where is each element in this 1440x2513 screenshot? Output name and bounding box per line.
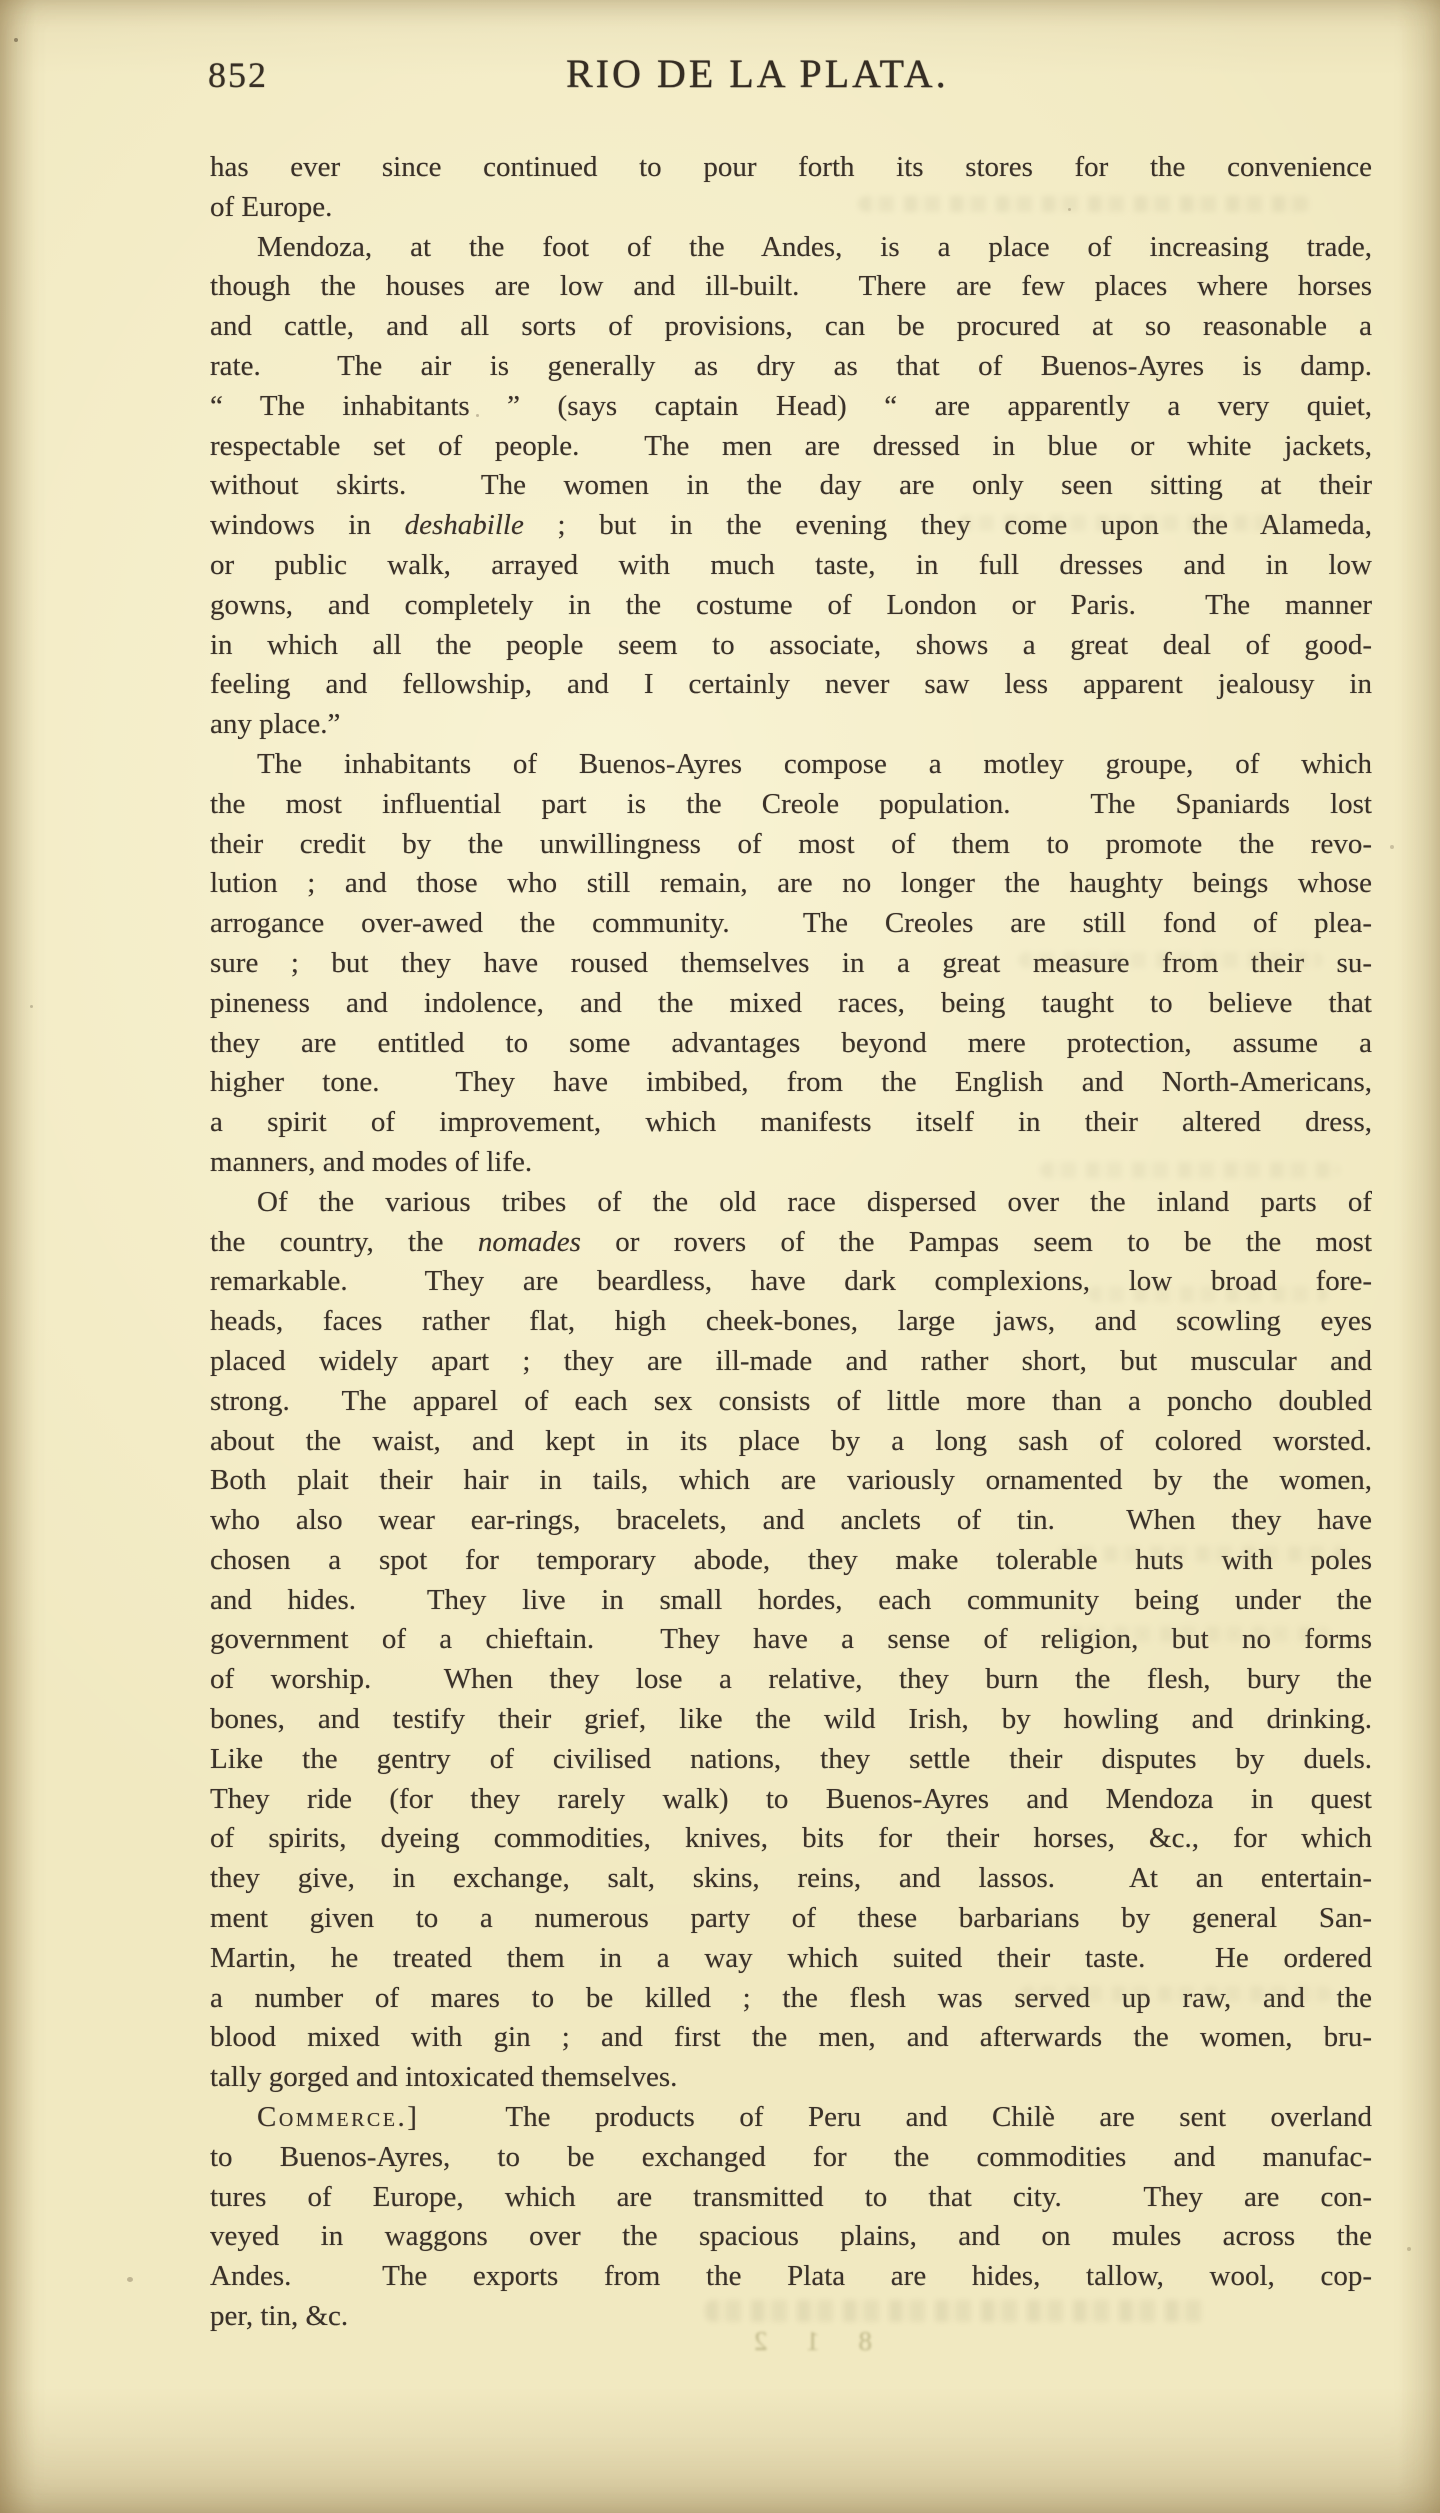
dust-speck	[1390, 845, 1394, 849]
text-line: who also wear ear-rings, bracelets, and …	[210, 1501, 1372, 1541]
text-line: Martin, he treated them in a way which s…	[210, 1939, 1372, 1979]
dust-speck	[1068, 208, 1071, 211]
text-line: the most influential part is the Creole …	[210, 785, 1372, 825]
text-line: The inhabitants of Buenos-Ayres compose …	[210, 745, 1372, 785]
text-line: any place.”	[210, 705, 1372, 745]
running-header: RIO DE LA PLATA.	[566, 50, 949, 97]
text-line: and cattle, and all sorts of provisions,…	[210, 307, 1372, 347]
text-line: veyed in waggons over the spacious plain…	[210, 2217, 1372, 2257]
page-text: has ever since continued to pour forth i…	[210, 148, 1372, 2337]
text-line: heads, faces rather flat, high cheek-bon…	[210, 1302, 1372, 1342]
text-line: about the waist, and kept in its place b…	[210, 1422, 1372, 1462]
bleed-through	[1040, 1162, 1340, 1178]
text-line: higher tone. They have imbibed, from the…	[210, 1063, 1372, 1103]
text-line: to Buenos-Ayres, to be exchanged for the…	[210, 2138, 1372, 2178]
text-line: the country, the nomades or rovers of th…	[210, 1223, 1372, 1263]
bleed-signature: 8 1 2	[738, 2326, 872, 2357]
text-line: respectable set of people. The men are d…	[210, 427, 1372, 467]
text-line: has ever since continued to pour forth i…	[210, 148, 1372, 188]
dust-speck	[30, 1005, 33, 1008]
text-line: ment given to a numerous party of these …	[210, 1899, 1372, 1939]
bleed-through	[1058, 1546, 1348, 1562]
dust-speck	[476, 414, 479, 417]
text-line: blood mixed with gin ; and first the men…	[210, 2018, 1372, 2058]
bleed-through	[1068, 1626, 1330, 1642]
bleed-through	[1018, 952, 1323, 968]
text-line: a spirit of improvement, which manifests…	[210, 1103, 1372, 1143]
text-line: Andes. The exports from the Plata are hi…	[210, 2257, 1372, 2297]
bleed-through	[705, 2300, 1210, 2322]
text-line: They ride (for they rarely walk) to Buen…	[210, 1780, 1372, 1820]
book-page: 852 RIO DE LA PLATA. has ever since cont…	[0, 0, 1440, 2513]
text-line: lution ; and those who still remain, are…	[210, 864, 1372, 904]
text-line: Like the gentry of civilised nations, th…	[210, 1740, 1372, 1780]
text-line: pineness and indolence, and the mixed ra…	[210, 984, 1372, 1024]
text-line: tally gorged and intoxicated themselves.	[210, 2058, 1372, 2098]
dust-speck	[1407, 2247, 1411, 2251]
text-line: their credit by the unwillingness of mos…	[210, 825, 1372, 865]
text-line: though the houses are low and ill-built.…	[210, 267, 1372, 307]
text-line: of worship. When they lose a relative, t…	[210, 1660, 1372, 1700]
text-line: Both plait their hair in tails, which ar…	[210, 1461, 1372, 1501]
text-line: or public walk, arrayed with much taste,…	[210, 546, 1372, 586]
text-line: tures of Europe, which are transmitted t…	[210, 2178, 1372, 2218]
text-line: rate. The air is generally as dry as tha…	[210, 347, 1372, 387]
page-number: 852	[208, 54, 268, 96]
text-line: of spirits, dyeing commodities, knives, …	[210, 1819, 1372, 1859]
text-line: “ The inhabitants ” (says captain Head) …	[210, 387, 1372, 427]
bleed-through	[1088, 1286, 1328, 1302]
text-line: and hides. They live in small hordes, ea…	[210, 1581, 1372, 1621]
text-line: arrogance over-awed the community. The C…	[210, 904, 1372, 944]
dust-speck	[14, 38, 18, 42]
dust-speck	[127, 2277, 133, 2282]
text-line: placed widely apart ; they are ill-made …	[210, 1342, 1372, 1382]
text-line: in which all the people seem to associat…	[210, 626, 1372, 666]
text-line: they give, in exchange, salt, skins, rei…	[210, 1859, 1372, 1899]
text-line: Mendoza, at the foot of the Andes, is a …	[210, 228, 1372, 268]
text-line: without skirts. The women in the day are…	[210, 466, 1372, 506]
text-line: bones, and testify their grief, like the…	[210, 1700, 1372, 1740]
text-line: Commerce.] The products of Peru and Chil…	[210, 2098, 1372, 2138]
text-line: gowns, and completely in the costume of …	[210, 586, 1372, 626]
text-line: strong. The apparel of each sex consists…	[210, 1382, 1372, 1422]
bleed-through	[1020, 1986, 1332, 2002]
bleed-through	[958, 515, 1288, 531]
text-line: feeling and fellowship, and I certainly …	[210, 665, 1372, 705]
bleed-through	[858, 196, 1310, 212]
text-line: they are entitled to some advantages bey…	[210, 1024, 1372, 1064]
text-line: Of the various tribes of the old race di…	[210, 1183, 1372, 1223]
